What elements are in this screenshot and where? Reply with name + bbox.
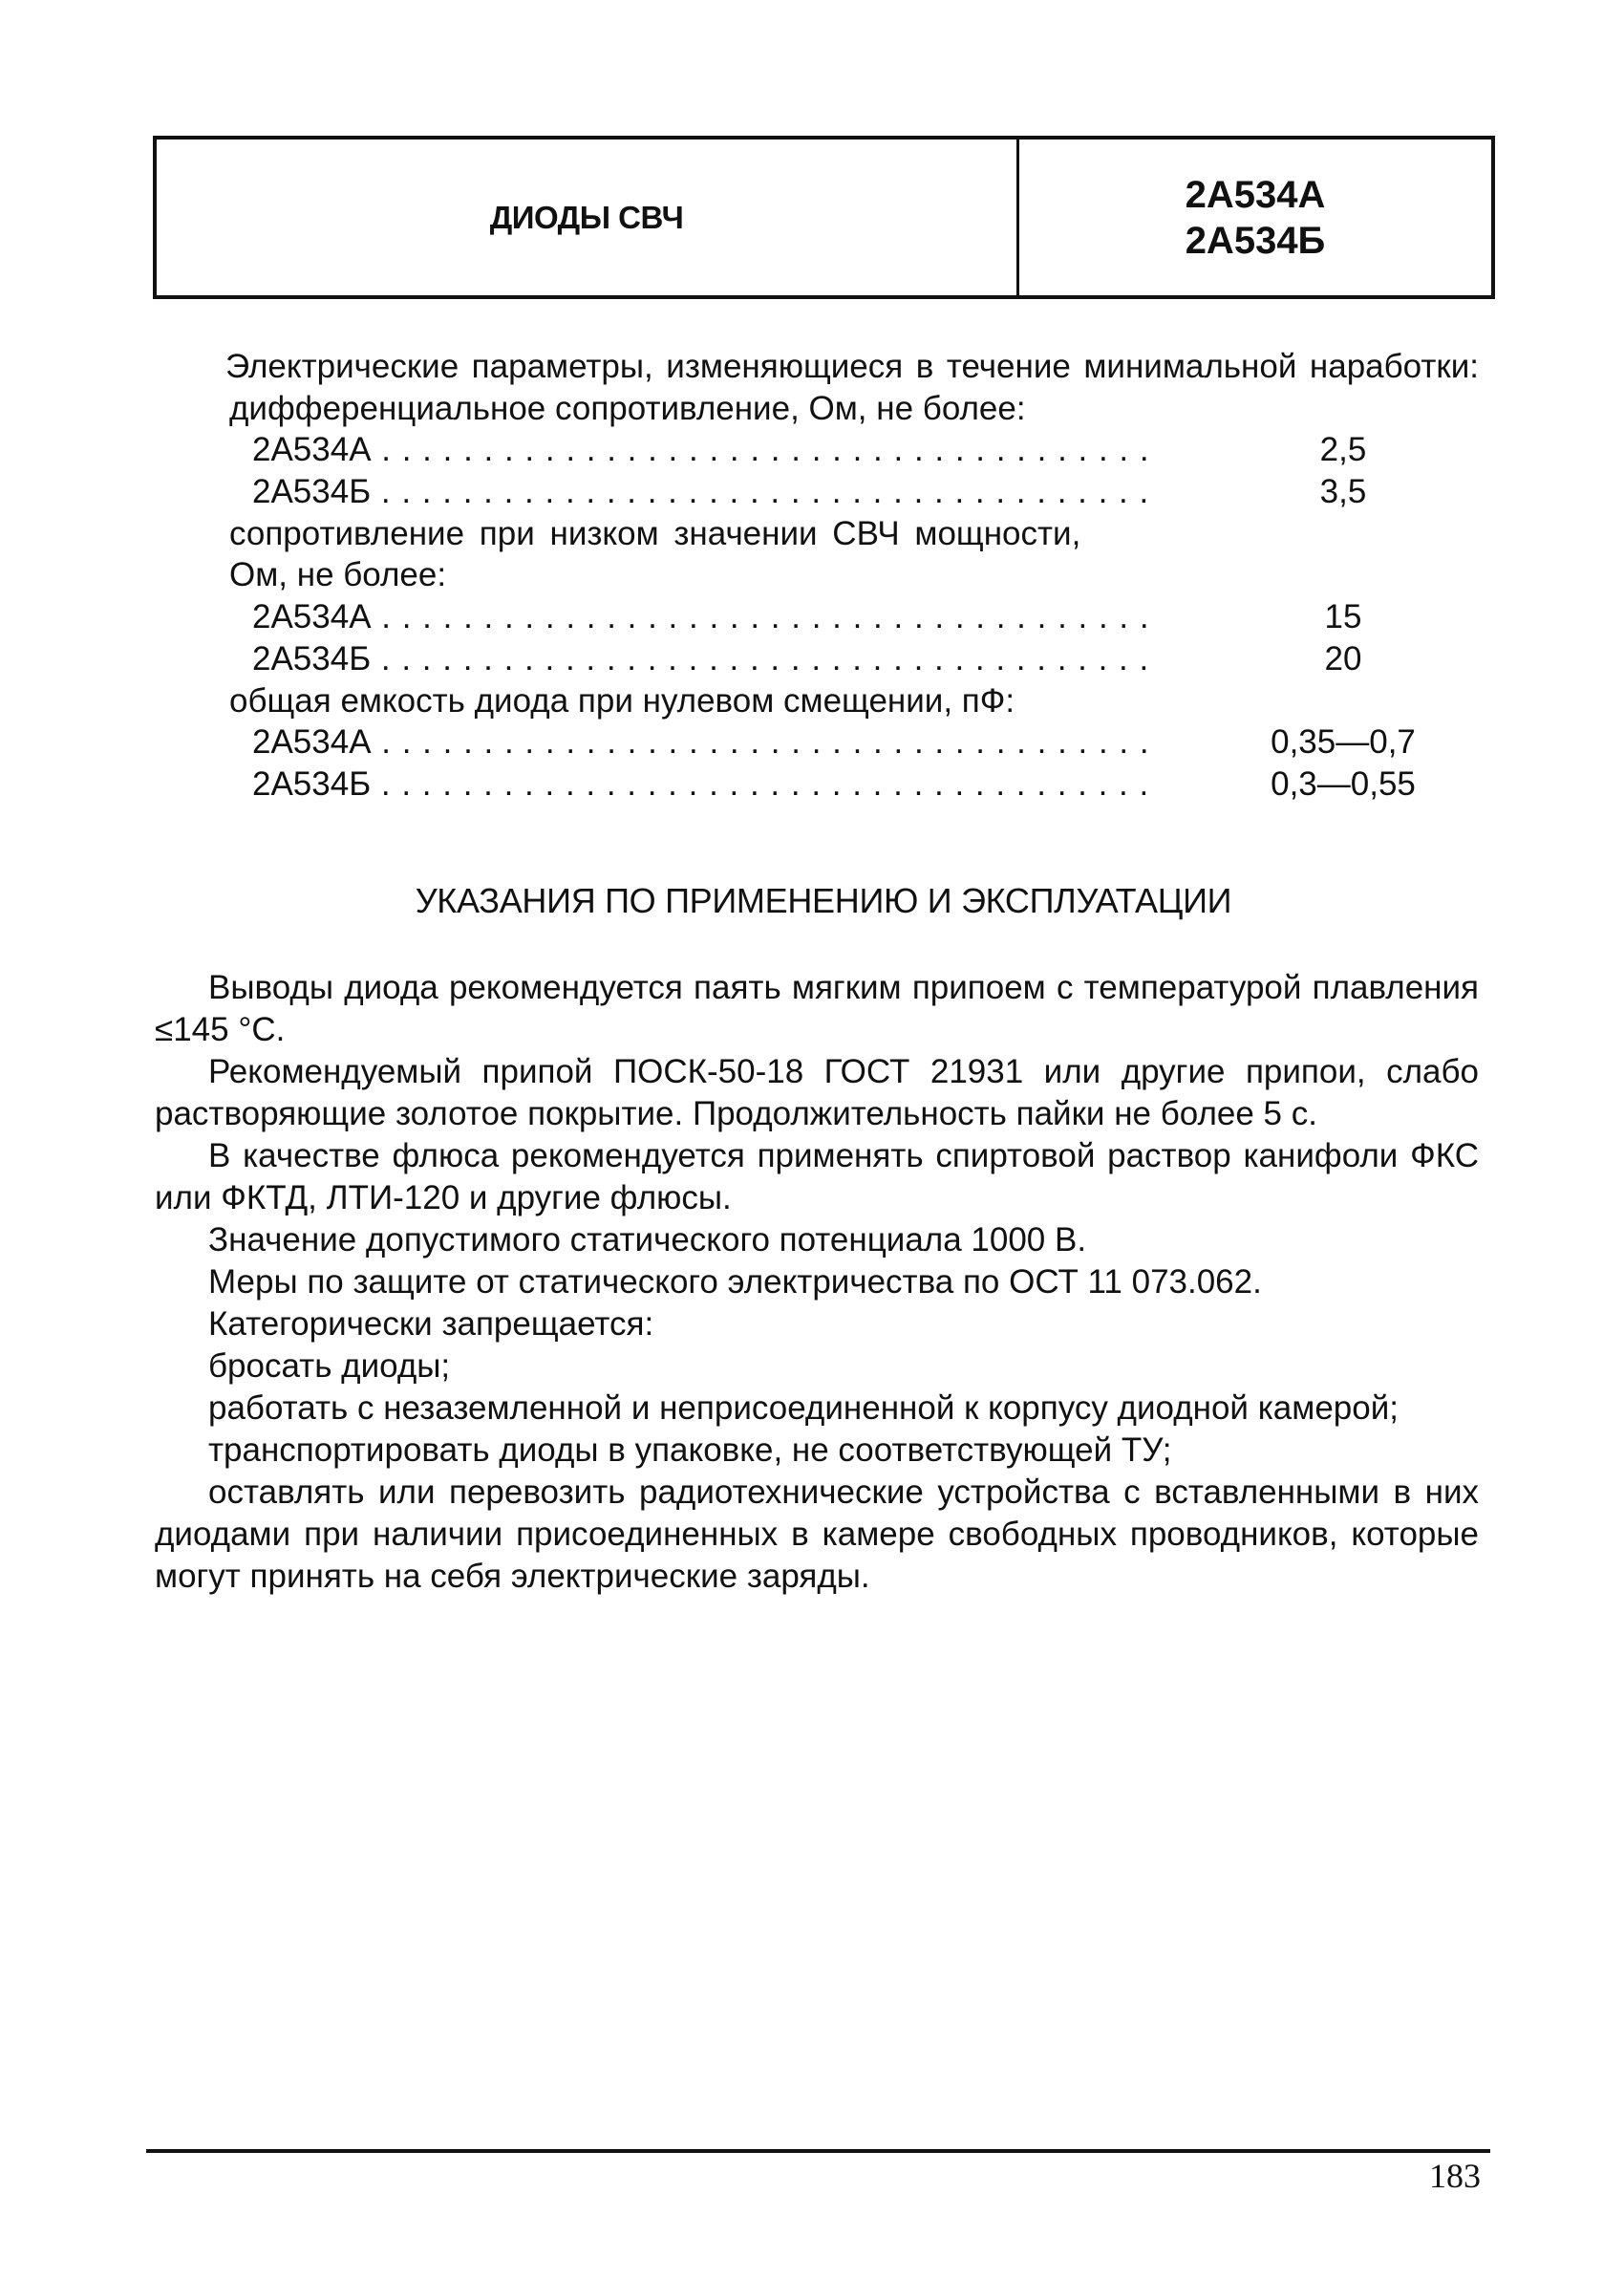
paragraph: Меры по защите от статического электриче… [155, 1261, 1479, 1303]
footer-rule [146, 2149, 1490, 2153]
param-row: 2А534Б 20 [168, 638, 1479, 680]
paragraph: Категорически запрещается: [155, 1303, 1479, 1345]
param-model: 2А534А [252, 596, 1160, 638]
header-box: ДИОДЫ СВЧ 2А534А 2А534Б [153, 136, 1495, 299]
param-value: 0,3—0,55 [1248, 764, 1439, 806]
param-value: 15 [1248, 596, 1439, 638]
usage-instructions: Выводы диода рекомендуется паять мягким … [155, 967, 1479, 1598]
page-number: 183 [1414, 2156, 1481, 2196]
model-b: 2А534Б [1186, 218, 1326, 264]
param-model: 2А534Б [252, 471, 1160, 513]
param-model: 2А534А [252, 429, 1160, 471]
param-model: 2А534Б [252, 764, 1160, 806]
electrical-parameters: Электрические параметры, изменяющиеся в … [168, 346, 1479, 806]
param-title: сопротивление при низком значении СВЧ мо… [168, 513, 1479, 555]
param-model: 2А534Б [252, 638, 1160, 680]
paragraph: Значение допустимого статического потенц… [155, 1219, 1479, 1261]
paragraph: В качестве флюса рекомендуется применять… [155, 1135, 1479, 1219]
param-value: 0,35—0,7 [1248, 721, 1439, 764]
paragraph: Выводы диода рекомендуется паять мягким … [155, 967, 1479, 1051]
param-model: 2А534А [252, 721, 1160, 764]
param-title: дифференциальное сопротивление, Ом, не б… [168, 388, 1479, 430]
params-intro: Электрические параметры, изменяющиеся в … [168, 346, 1479, 388]
param-value: 20 [1248, 638, 1439, 680]
param-title: общая емкость диода при нулевом смещении… [168, 680, 1479, 722]
param-title-cont: Ом, не более: [168, 554, 1479, 596]
param-row: 2А534А 0,35—0,7 [168, 721, 1479, 764]
param-row: 2А534А 15 [168, 596, 1479, 638]
list-item: бросать диоды; [155, 1345, 1479, 1387]
list-item: работать с незаземленной и неприсоединен… [155, 1387, 1479, 1430]
param-value: 2,5 [1248, 429, 1439, 471]
param-row: 2А534Б 0,3—0,55 [168, 764, 1479, 806]
list-item: оставлять или перевозить радиотехнически… [155, 1472, 1479, 1598]
param-row: 2А534Б 3,5 [168, 471, 1479, 513]
list-item: транспортировать диоды в упаковке, не со… [155, 1430, 1479, 1472]
device-category: ДИОДЫ СВЧ [157, 140, 1019, 295]
param-row: 2А534А 2,5 [168, 429, 1479, 471]
paragraph: Рекомендуемый припой ПОСК-50-18 ГОСТ 219… [155, 1051, 1479, 1135]
section-heading: УКАЗАНИЯ ПО ПРИМЕНЕНИЮ И ЭКСПЛУАТАЦИИ [168, 881, 1479, 921]
device-models: 2А534А 2А534Б [1019, 140, 1491, 295]
model-a: 2А534А [1186, 172, 1326, 218]
param-value: 3,5 [1248, 471, 1439, 513]
